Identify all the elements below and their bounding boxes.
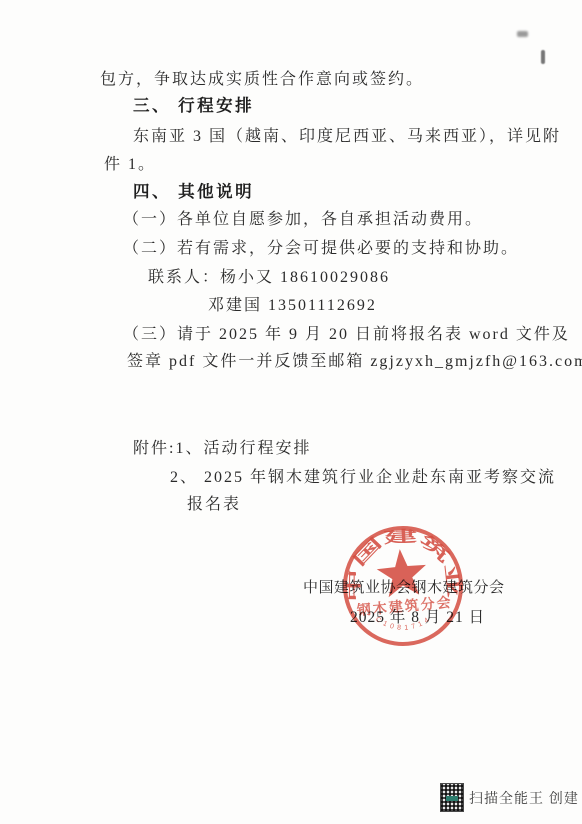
section-4-note-1: （一）各单位自愿参加，各自承担活动费用。: [123, 212, 483, 228]
seal-graphic: 中国建筑业协会 钢木建筑分会 C1081714: [331, 514, 474, 657]
qr-center-mark: [446, 796, 458, 801]
scan-artifact: [541, 50, 545, 64]
section-3-heading: 三、 行程安排: [133, 98, 254, 115]
section-4-note-3-line2: 签章 pdf 文件一并反馈至邮箱 zgjzyxh_gmjzfh@163.com。: [127, 354, 582, 370]
camscanner-watermark: 扫描全能王 创建: [441, 784, 579, 811]
section-4-heading: 四、 其他说明: [133, 184, 254, 201]
contact-line-2: 邓建国 13501112692: [208, 298, 377, 314]
section-4-note-2: （二）若有需求，分会可提供必要的支持和协助。: [123, 241, 519, 257]
contact-line-1: 联系人：杨小又 18610029086: [148, 270, 390, 286]
attachments-line-1: 附件:1、活动行程安排: [133, 441, 311, 457]
attachments-line-2: 2、 2025 年钢木建筑行业企业赴东南亚考察交流: [170, 470, 556, 486]
seal-star-icon: [375, 547, 428, 598]
attachments-line-3: 报名表: [187, 497, 241, 513]
document-page: 包方，争取达成实质性合作意向或签约。 三、 行程安排 东南亚 3 国（越南、印度…: [0, 0, 582, 824]
scan-artifact: [517, 31, 528, 37]
section-3-paragraph-line2: 件 1。: [104, 157, 156, 173]
paragraph-intro-continuation: 包方，争取达成实质性合作意向或签约。: [100, 72, 424, 88]
qr-code-icon: [441, 784, 463, 811]
seal-inner-text: 钢木建筑分会: [355, 594, 453, 619]
watermark-label: 扫描全能王 创建: [469, 788, 579, 808]
official-seal: 中国建筑业协会 钢木建筑分会 C1081714: [331, 514, 474, 657]
section-3-paragraph-line1: 东南亚 3 国（越南、印度尼西亚、马来西亚），详见附: [133, 129, 561, 145]
section-4-note-3-line1: （三）请于 2025 年 9 月 20 日前将报名表 word 文件及: [123, 327, 570, 343]
